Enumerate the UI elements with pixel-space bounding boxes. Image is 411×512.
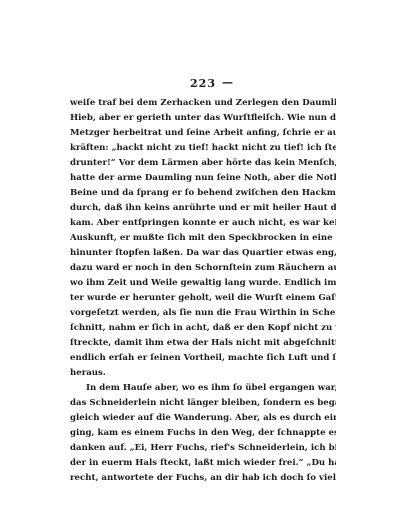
text-line: danken auf. „Ei, Herr Fuchs, rief's Schn… [70,441,336,456]
text-line: dazu ward er noch in den Schornſtein zum… [70,261,336,276]
book-page: 223 — weiſe traf bei dem Zerhacken und Z… [0,0,411,512]
text-line: ſtreckte, damit ihm etwa der Hals nicht … [70,336,336,351]
text-line: kam. Aber entſpringen konnte er auch nic… [70,216,336,231]
header-dash: — [222,76,234,89]
text-line: das Schneiderlein nicht länger bleiben, … [70,396,336,411]
text-line: Auskunft, er mußte ſich mit den Speckbro… [70,231,336,246]
page-body-text: weiſe traf bei dem Zerhacken und Zerlege… [70,96,336,486]
text-line: ſchnitt, nahm er ſich in acht, daß er de… [70,321,336,336]
text-line: Hieb, aber er gerieth unter das Wurſtfle… [70,111,336,126]
text-line: weiſe traf bei dem Zerhacken und Zerlege… [70,96,336,111]
text-line: recht, antwortete der Fuchs, an dir hab … [70,471,336,486]
text-line: ging, kam es einem Fuchs in den Weg, der… [70,426,336,441]
text-line: wo ihm Zeit und Weile gewaltig lang wurd… [70,276,336,291]
text-line: Metzger herbeitrat und ſeine Arbeit anfi… [70,126,336,141]
page-header: 223 — [70,77,336,91]
text-line: endlich erſah er ſeinen Vortheil, machte… [70,351,336,366]
text-line: durch, daß ihn keins anrührte und er mit… [70,201,336,216]
text-line: hatte der arme Daumling nun ſeine Noth, … [70,171,336,186]
text-line: heraus. [70,366,336,381]
text-line: Beine und da ſprang er ſo behend zwiſche… [70,186,336,201]
text-line: hinunter ſtopfen laßen. Da war das Quart… [70,246,336,261]
text-line: drunter!“ Vor dem Lärmen aber hörte das … [70,156,336,171]
text-line: gleich wieder auf die Wanderung. Aber, a… [70,411,336,426]
text-line: vorgeſetzt werden, als ſie nun die Frau … [70,306,336,321]
text-line: der in euerm Hals ſteckt, laßt mich wied… [70,456,336,471]
text-line: kräften: „hackt nicht zu tief! hackt nic… [70,141,336,156]
paragraph-start-line: In dem Hauſe aber, wo es ihm ſo übel erg… [70,381,336,396]
text-line: ter wurde er herunter geholt, weil die W… [70,291,336,306]
page-number: 223 [190,77,216,90]
